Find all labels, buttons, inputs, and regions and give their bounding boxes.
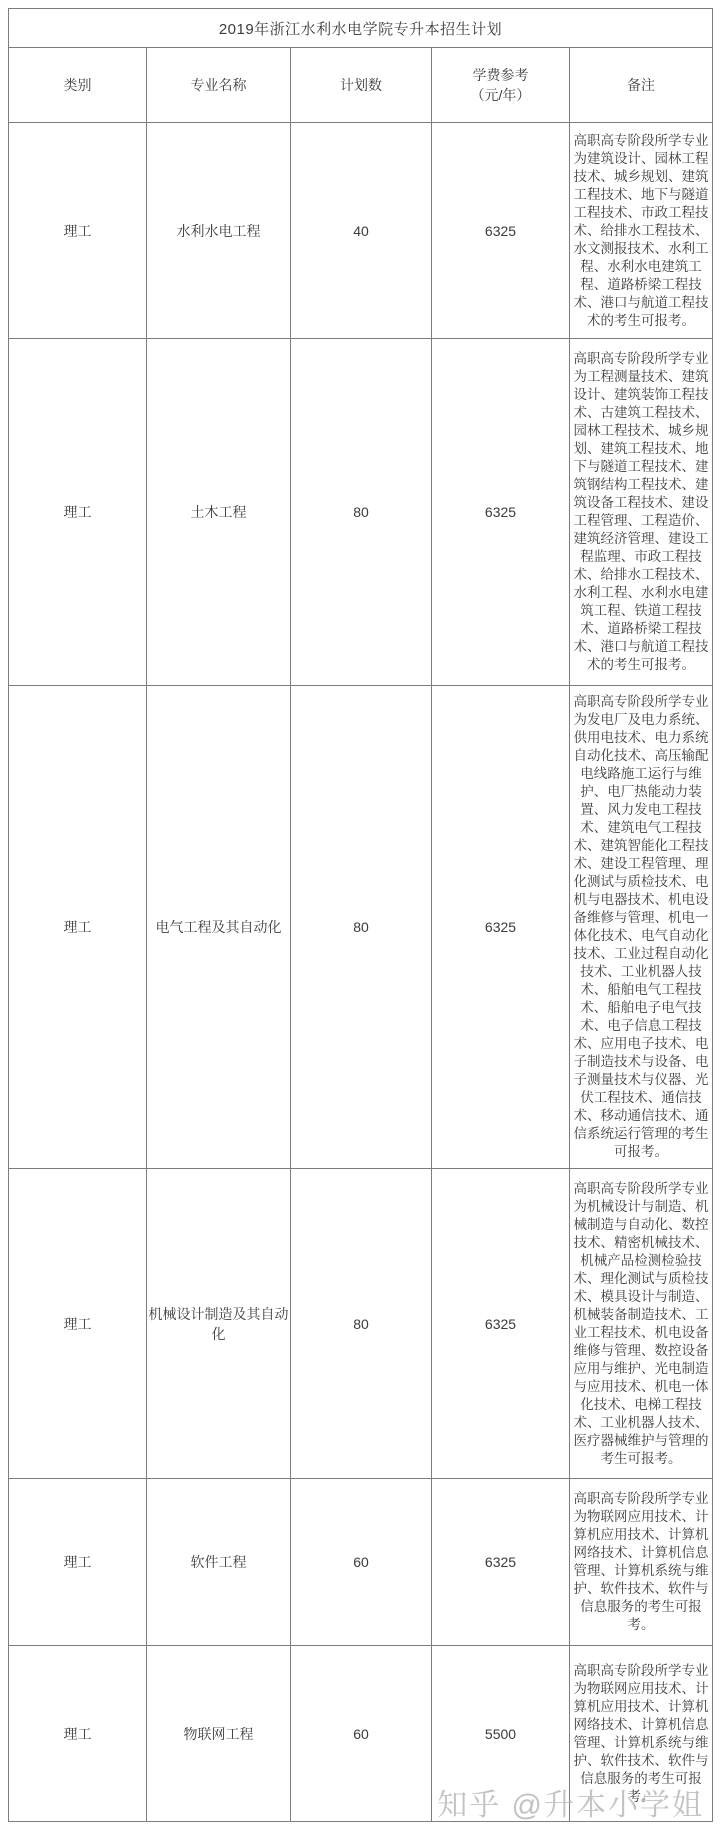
admission-plan-sheet: 2019年浙江水利水电学院专升本招生计划 类别 专业名称 计划数 学费参考 （元… — [8, 8, 712, 1822]
header-row: 类别 专业名称 计划数 学费参考 （元/年） 备注 — [9, 48, 713, 123]
plan-cell: 40 — [291, 123, 432, 339]
category-cell: 理工 — [9, 123, 147, 339]
remark-cell: 高职高专阶段所学专业为发电厂及电力系统、供用电技术、电力系统自动化技术、高压输配… — [570, 686, 713, 1169]
remark-cell: 高职高专阶段所学专业为机械设计与制造、机械制造与自动化、数控技术、精密机械技术、… — [570, 1169, 713, 1479]
major-cell: 软件工程 — [147, 1479, 291, 1646]
table-row: 理工 机械设计制造及其自动化 80 6325 高职高专阶段所学专业为机械设计与制… — [9, 1169, 713, 1479]
category-cell: 理工 — [9, 1479, 147, 1646]
major-cell: 电气工程及其自动化 — [147, 686, 291, 1169]
remark-cell: 高职高专阶段所学专业为物联网应用技术、计算机应用技术、计算机网络技术、计算机信息… — [570, 1646, 713, 1822]
tuition-cell: 6325 — [432, 686, 570, 1169]
header-category: 类别 — [9, 48, 147, 123]
table-row: 理工 水利水电工程 40 6325 高职高专阶段所学专业为建筑设计、园林工程技术… — [9, 123, 713, 339]
tuition-cell: 5500 — [432, 1646, 570, 1822]
tuition-cell: 6325 — [432, 1479, 570, 1646]
header-remark: 备注 — [570, 48, 713, 123]
major-cell: 机械设计制造及其自动化 — [147, 1169, 291, 1479]
plan-cell: 80 — [291, 339, 432, 686]
tuition-cell: 6325 — [432, 1169, 570, 1479]
major-cell: 土木工程 — [147, 339, 291, 686]
table-row: 理工 电气工程及其自动化 80 6325 高职高专阶段所学专业为发电厂及电力系统… — [9, 686, 713, 1169]
table-row: 理工 软件工程 60 6325 高职高专阶段所学专业为物联网应用技术、计算机应用… — [9, 1479, 713, 1646]
plan-cell: 60 — [291, 1646, 432, 1822]
page-title: 2019年浙江水利水电学院专升本招生计划 — [9, 9, 713, 48]
remark-cell: 高职高专阶段所学专业为物联网应用技术、计算机应用技术、计算机网络技术、计算机信息… — [570, 1479, 713, 1646]
tuition-cell: 6325 — [432, 123, 570, 339]
category-cell: 理工 — [9, 1169, 147, 1479]
category-cell: 理工 — [9, 686, 147, 1169]
plan-cell: 80 — [291, 1169, 432, 1479]
header-plan: 计划数 — [291, 48, 432, 123]
tuition-cell: 6325 — [432, 339, 570, 686]
header-tuition: 学费参考 （元/年） — [432, 48, 570, 123]
table-row: 理工 物联网工程 60 5500 高职高专阶段所学专业为物联网应用技术、计算机应… — [9, 1646, 713, 1822]
major-cell: 物联网工程 — [147, 1646, 291, 1822]
category-cell: 理工 — [9, 339, 147, 686]
plan-cell: 80 — [291, 686, 432, 1169]
admission-plan-table: 2019年浙江水利水电学院专升本招生计划 类别 专业名称 计划数 学费参考 （元… — [8, 8, 713, 1822]
plan-cell: 60 — [291, 1479, 432, 1646]
category-cell: 理工 — [9, 1646, 147, 1822]
remark-cell: 高职高专阶段所学专业为建筑设计、园林工程技术、城乡规划、建筑工程技术、地下与隧道… — [570, 123, 713, 339]
title-row: 2019年浙江水利水电学院专升本招生计划 — [9, 9, 713, 48]
header-major: 专业名称 — [147, 48, 291, 123]
major-cell: 水利水电工程 — [147, 123, 291, 339]
table-row: 理工 土木工程 80 6325 高职高专阶段所学专业为工程测量技术、建筑设计、建… — [9, 339, 713, 686]
remark-cell: 高职高专阶段所学专业为工程测量技术、建筑设计、建筑装饰工程技术、古建筑工程技术、… — [570, 339, 713, 686]
